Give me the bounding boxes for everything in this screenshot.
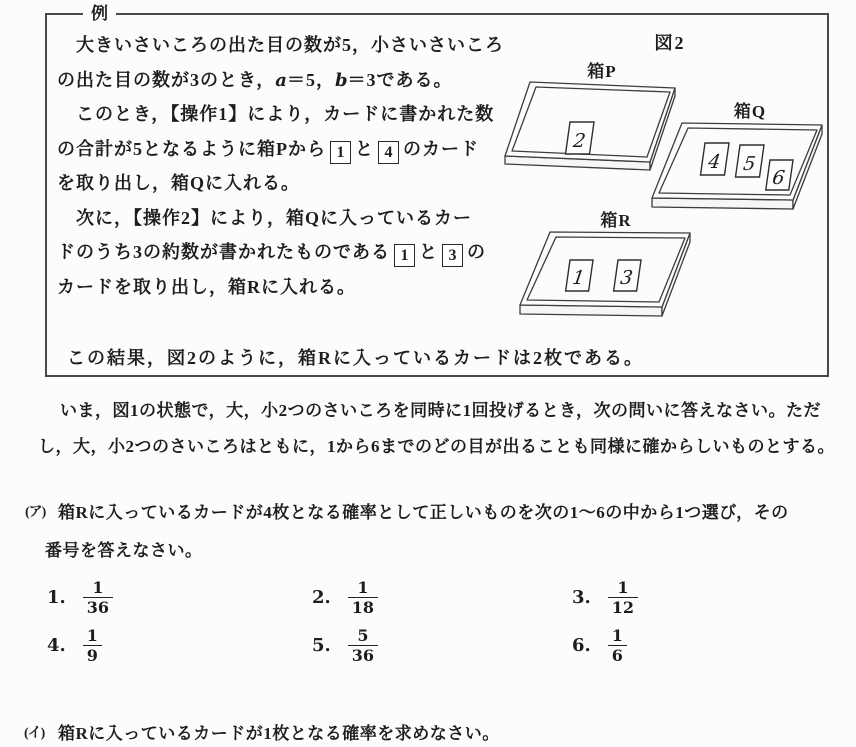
question-b-marker: (イ): [24, 722, 44, 742]
figure-2: 図2 箱P 2 箱Q: [490, 20, 830, 335]
option-1: 1. 136: [47, 579, 113, 616]
example-line-2: の出た目の数が3のとき，a＝5，b＝3である。: [57, 63, 523, 98]
intro-line-1: いま，図1の状態で，大，小2つのさいころを同時に1回投げるとき，次の問いに答えな…: [60, 396, 821, 421]
option-3-fraction: 112: [608, 579, 638, 616]
option-3-number: 3.: [572, 587, 591, 608]
example-line-3: このとき，【操作1】により，カードに書かれた数: [57, 97, 523, 132]
card-5: 5: [736, 145, 764, 177]
example-line-5: を取り出し，箱Qに入れる。: [57, 166, 523, 201]
option-3: 3. 112: [572, 579, 638, 616]
example-box: 例 大きいさいころの出た目の数が5，小さいさいころ の出た目の数が3のとき，a＝…: [45, 13, 829, 377]
box-p-tray: 箱P 2: [505, 61, 675, 170]
figure-title: 図2: [655, 33, 686, 53]
question-a-line-2: 番号を答えなさい。: [45, 536, 203, 561]
option-4: 4. 19: [47, 627, 102, 664]
box-q-tray: 箱Q 4 5 6: [652, 101, 822, 209]
intro-line-2: し，大，小2つのさいころはともに，1から6までのどの目が出ることも同様に確からし…: [38, 432, 835, 457]
box-q-label: 箱Q: [734, 101, 766, 121]
box-r-label: 箱R: [600, 210, 631, 230]
card-4: 4: [701, 143, 729, 175]
option-2-number: 2.: [312, 587, 331, 608]
option-4-fraction: 19: [83, 627, 102, 664]
example-line-4: の合計が5となるように箱Pから1と4のカード: [57, 132, 523, 167]
option-6-fraction: 16: [608, 627, 627, 664]
option-5-fraction: 536: [348, 627, 378, 664]
question-a-marker: (ア): [25, 501, 45, 521]
box-r-tray: 箱R 1 3: [520, 210, 690, 316]
option-1-number: 1.: [47, 587, 66, 608]
inline-card-3: 3: [442, 244, 463, 267]
option-5-number: 5.: [312, 635, 331, 656]
card-1: 1: [566, 260, 593, 291]
example-result-line: この結果，図2のように，箱Rに入っているカードは2枚である。: [67, 344, 644, 370]
option-2-fraction: 118: [348, 579, 378, 616]
example-line-1: 大きいさいころの出た目の数が5，小さいさいころ: [57, 28, 523, 63]
option-5: 5. 536: [312, 627, 378, 664]
exam-page: 例 大きいさいころの出た目の数が5，小さいさいころ の出た目の数が3のとき，a＝…: [0, 0, 856, 747]
option-1-fraction: 136: [83, 579, 113, 616]
card-6: 6: [766, 160, 793, 190]
option-6-number: 6.: [572, 635, 591, 656]
question-b-text: 箱Rに入っているカードが1枚となる確率を求めなさい。: [58, 719, 500, 744]
variable-a: a: [275, 70, 287, 91]
card-3: 3: [614, 260, 641, 291]
card-2: 2: [566, 122, 594, 154]
variable-b: b: [335, 70, 348, 91]
option-4-number: 4.: [47, 635, 66, 656]
box-p-label: 箱P: [587, 61, 616, 81]
example-line-8: カードを取り出し，箱Rに入れる。: [57, 270, 523, 305]
option-2: 2. 118: [312, 579, 378, 616]
example-text: 大きいさいころの出た目の数が5，小さいさいころ の出た目の数が3のとき，a＝5，…: [57, 28, 523, 304]
question-a-line-1: 箱Rに入っているカードが4枚となる確率として正しいものを次の1～6の中から1つ選…: [58, 498, 789, 523]
example-box-label: 例: [83, 2, 116, 26]
option-6: 6. 16: [572, 627, 627, 664]
inline-card-1b: 1: [394, 244, 415, 267]
example-line-7: ドのうち3の約数が書かれたものである1と3の: [57, 235, 523, 270]
inline-card-1: 1: [330, 141, 351, 164]
example-line-6: 次に，【操作2】により，箱Qに入っているカー: [57, 201, 523, 236]
inline-card-4: 4: [378, 141, 399, 164]
